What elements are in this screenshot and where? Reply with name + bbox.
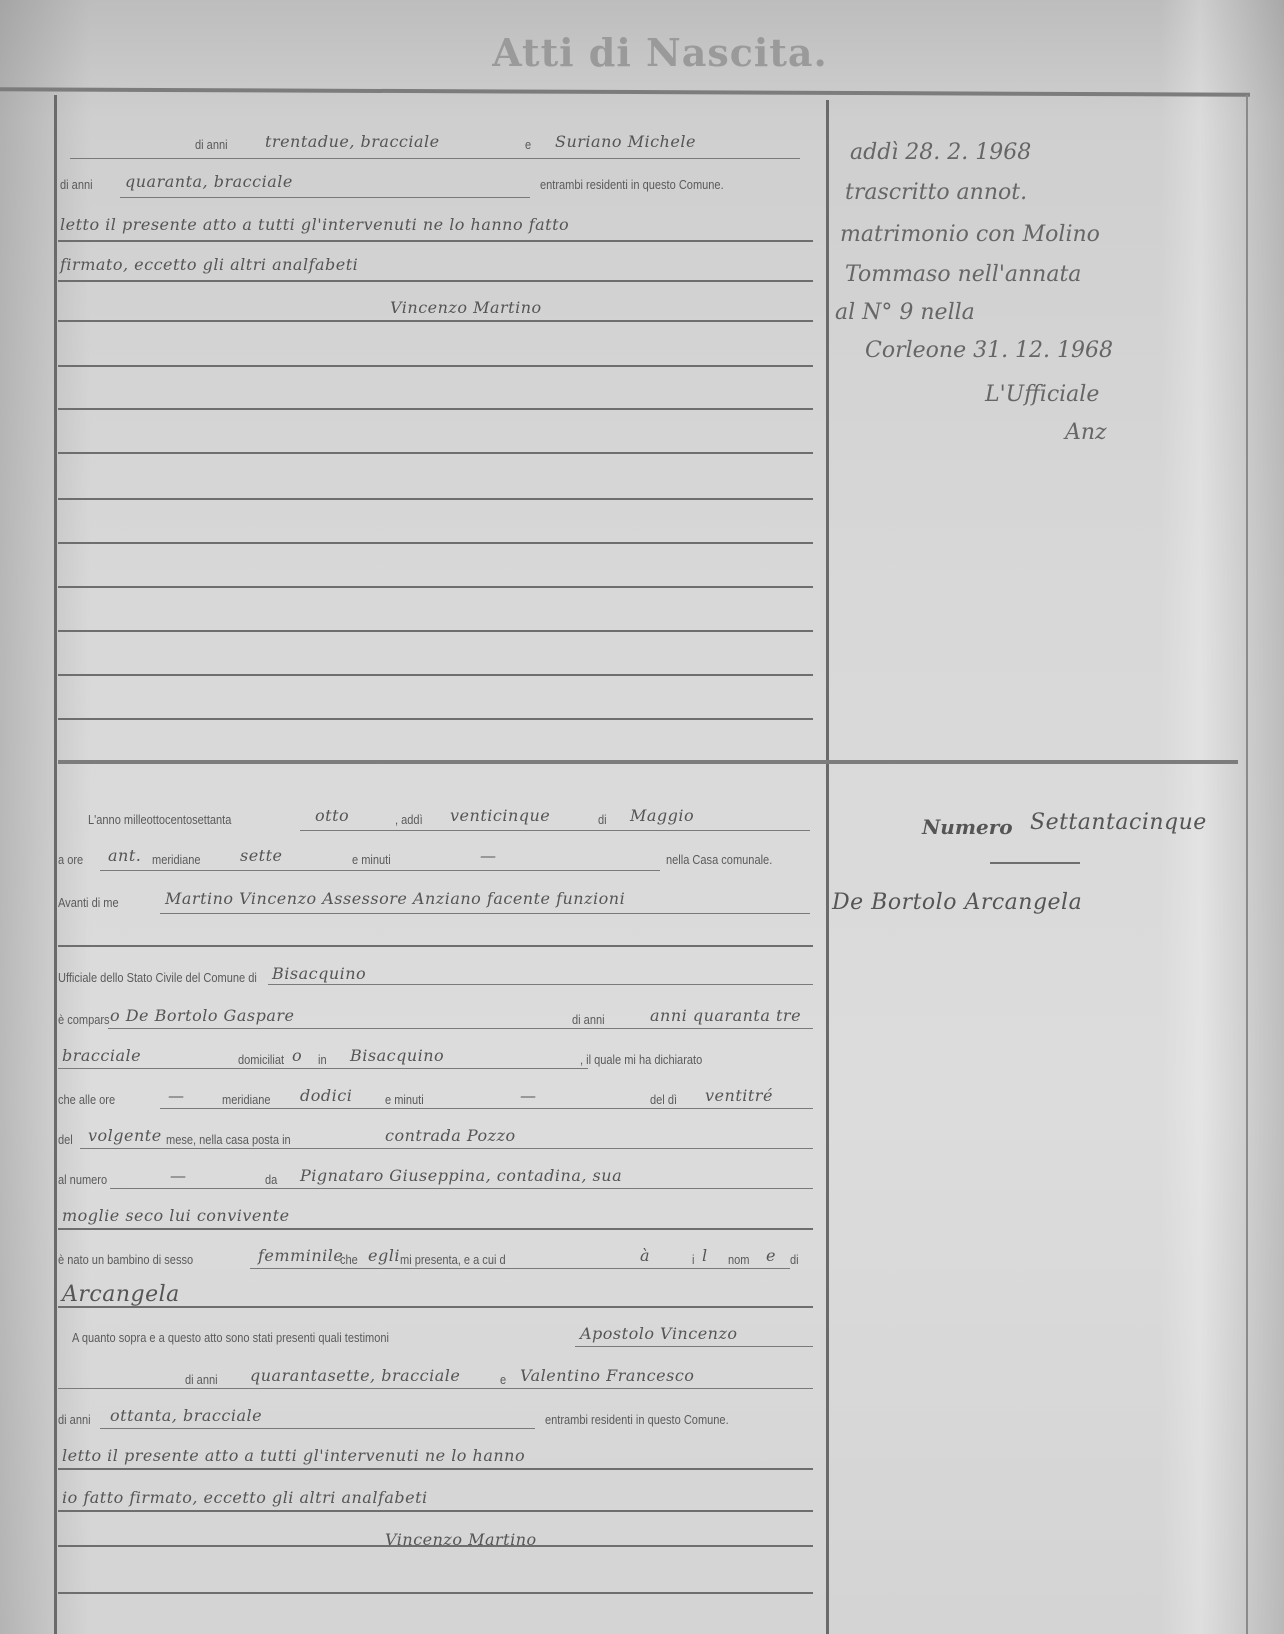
rule	[58, 586, 813, 588]
label-di-anni: di anni	[60, 177, 93, 192]
rule	[108, 1028, 813, 1029]
field-ante: ant.	[108, 846, 141, 865]
label-nome: nom	[728, 1252, 750, 1267]
right-border	[1246, 95, 1248, 1634]
left-border	[54, 95, 57, 1634]
signature-officer: Vincenzo Martino	[390, 298, 542, 317]
numero-value: Settantacinque	[1030, 810, 1207, 835]
label-casa-posta: mese, nella casa posta in	[166, 1132, 291, 1147]
field-article: à	[640, 1246, 650, 1265]
annotation-line: Corleone 31. 12. 1968	[865, 338, 1113, 363]
field-house-number: —	[170, 1166, 187, 1185]
rule	[100, 1428, 535, 1429]
annotation-line: Anz	[1065, 420, 1107, 445]
field-hour: sette	[240, 846, 283, 865]
field-domicile: Bisacquino	[350, 1046, 444, 1065]
field-witness2-age: ottanta, bracciale	[110, 1406, 262, 1425]
field-age-witness1: trentadue, bracciale	[265, 132, 440, 151]
field-gender-suffix: o	[292, 1046, 302, 1065]
field-year: otto	[315, 806, 349, 825]
label-di: di	[790, 1252, 799, 1267]
act-separator	[58, 760, 1238, 764]
rule	[58, 718, 813, 720]
label-dichiarato: , il quale mi ha dichiarato	[580, 1052, 702, 1067]
rule	[575, 1346, 813, 1347]
rule	[58, 452, 813, 454]
label-i: i	[692, 1252, 694, 1267]
label-del-di: del dì	[650, 1092, 677, 1107]
rule	[250, 1268, 790, 1269]
field-day: venticinque	[450, 806, 550, 825]
rule	[58, 1228, 813, 1230]
label-casa-comunale: nella Casa comunale.	[666, 852, 772, 867]
rule	[160, 913, 810, 914]
closing-line-1: letto il presente atto a tutti gl'interv…	[62, 1446, 525, 1465]
closing-line-2: io fatto firmato, eccetto gli altri anal…	[62, 1488, 428, 1507]
subject-name: De Bortolo Arcangela	[832, 890, 1082, 915]
rule	[160, 1108, 813, 1109]
label-addi: , addì	[395, 812, 423, 827]
label-minuti: e minuti	[385, 1092, 424, 1107]
field-month-ref: volgente	[88, 1126, 162, 1145]
label-residenti: entrambi residenti in questo Comune.	[540, 177, 724, 192]
rule	[100, 870, 660, 871]
rule	[58, 1388, 813, 1389]
label-da: da	[265, 1172, 277, 1187]
field-e: e	[766, 1246, 776, 1265]
field-witness2-name: Suriano Michele	[555, 132, 696, 151]
field-child-name: Arcangela	[62, 1282, 180, 1307]
rule	[58, 945, 813, 947]
label-in: in	[318, 1052, 327, 1067]
label-meridiane: meridiane	[222, 1092, 271, 1107]
label-avanti-di-me: Avanti di me	[58, 895, 119, 910]
field-minutes: —	[480, 846, 497, 865]
field-birth-ante: —	[168, 1086, 185, 1105]
label-residenti: entrambi residenti in questo Comune.	[545, 1412, 729, 1427]
field-age-witness2: quaranta, bracciale	[125, 172, 293, 191]
rule	[58, 1592, 813, 1594]
label-testimoni: A quanto sopra e a questo atto sono stat…	[72, 1330, 389, 1345]
rule	[58, 630, 813, 632]
annotation-line: matrimonio con Molino	[840, 222, 1100, 247]
annotation-line: L'Ufficiale	[985, 382, 1099, 407]
label-anno: L'anno milleottocentosettanta	[88, 812, 231, 827]
label-di: di	[598, 812, 607, 827]
label-nato-bambino: è nato un bambino di sesso	[58, 1252, 193, 1267]
numero-label: Numero	[922, 815, 1013, 839]
rule	[58, 1068, 588, 1069]
field-birth-day: ventitré	[705, 1086, 773, 1105]
label-di-anni: di anni	[185, 1372, 218, 1387]
rule	[58, 365, 813, 367]
rule	[58, 1545, 813, 1547]
top-border	[0, 87, 1250, 96]
label-e: e	[500, 1372, 506, 1387]
field-location: contrada Pozzo	[385, 1126, 516, 1145]
label-meridiane: meridiane	[152, 852, 201, 867]
field-mother-relation: moglie seco lui convivente	[62, 1206, 290, 1225]
rule	[80, 1148, 813, 1149]
annotation-line: Tommaso nell'annata	[845, 262, 1081, 287]
field-witness1-name: Apostolo Vincenzo	[580, 1324, 738, 1343]
rule	[58, 320, 813, 322]
field-witness1-age: quarantasette, bracciale	[250, 1366, 460, 1385]
annotation-line: al N° 9 nella	[835, 300, 975, 325]
rule	[268, 984, 813, 985]
label-a-ore: a ore	[58, 852, 83, 867]
rule	[58, 240, 813, 242]
closing-line-1: letto il presente atto a tutti gl'interv…	[60, 215, 569, 234]
field-sex: femminile	[258, 1246, 343, 1265]
label-che: che	[340, 1252, 358, 1267]
label-comparso: è compars	[58, 1012, 110, 1027]
label-alle-ore: che alle ore	[58, 1092, 115, 1107]
page-title: Atti di Nascita.	[440, 30, 880, 75]
label-presenta: mi presenta, e a cui d	[400, 1252, 506, 1267]
rule	[110, 1188, 813, 1189]
column-divider	[826, 100, 829, 1634]
annotation-line: trascritto annot.	[845, 180, 1027, 205]
field-egli: egli	[368, 1246, 400, 1265]
field-birth-hour: dodici	[300, 1086, 352, 1105]
field-l: l	[702, 1246, 708, 1265]
label-del: del	[58, 1132, 73, 1147]
rule	[58, 542, 813, 544]
rule	[300, 830, 810, 831]
field-officer: Martino Vincenzo Assessore Anziano facen…	[165, 889, 625, 908]
label-di-anni: di anni	[58, 1412, 91, 1427]
rule	[58, 1510, 813, 1512]
annotation-line: addì 28. 2. 1968	[850, 140, 1031, 165]
field-month: Maggio	[630, 806, 694, 825]
rule	[58, 1468, 813, 1470]
rule	[58, 408, 813, 410]
field-comune: Bisacquino	[272, 964, 366, 983]
rule	[58, 280, 813, 282]
label-al-numero: al numero	[58, 1172, 107, 1187]
label-minuti: e minuti	[352, 852, 391, 867]
rule	[70, 158, 800, 159]
field-declarant-age: anni quaranta tre	[650, 1006, 801, 1025]
label-di-anni: di anni	[572, 1012, 605, 1027]
rule	[58, 498, 813, 500]
closing-line-2: firmato, eccetto gli altri analfabeti	[60, 255, 358, 274]
scanned-register-page: Atti di Nascita. di anni trentadue, brac…	[0, 0, 1284, 1634]
field-mother: Pignataro Giuseppina, contadina, sua	[300, 1166, 622, 1185]
rule	[58, 674, 813, 676]
label-domiciliato: domiciliat	[238, 1052, 284, 1067]
label-e: e	[525, 137, 531, 152]
field-declarant: o De Bortolo Gaspare	[110, 1006, 294, 1025]
rule	[58, 1306, 813, 1308]
numero-underline	[990, 862, 1080, 864]
field-birth-minutes: —	[520, 1086, 537, 1105]
field-occupation: bracciale	[62, 1046, 141, 1065]
rule	[120, 197, 530, 198]
field-witness2-name: Valentino Francesco	[520, 1366, 694, 1385]
label-ufficiale: Ufficiale dello Stato Civile del Comune …	[58, 970, 257, 985]
label-di-anni: di anni	[195, 137, 228, 152]
